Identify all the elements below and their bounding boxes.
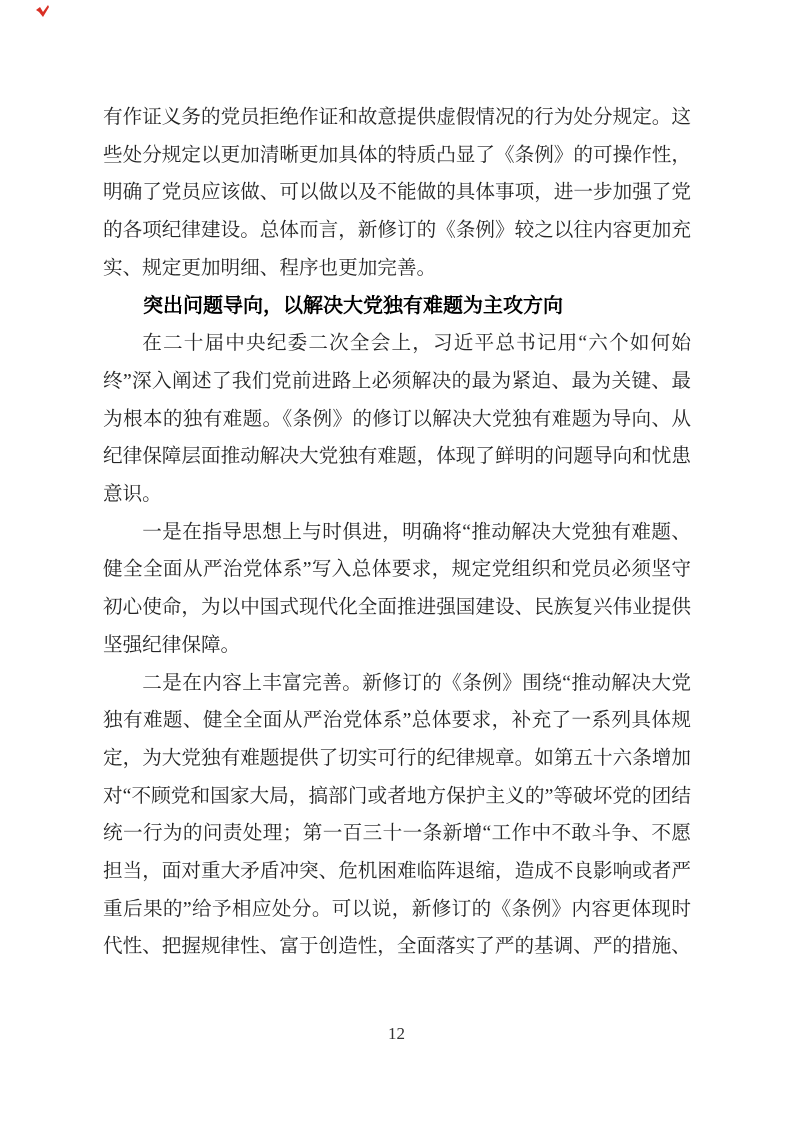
document-page: 有作证义务的党员拒绝作证和故意提供虚假情况的行为处分规定。这些处分规定以更加清晰… [0,0,793,1122]
body-paragraph: 在二十届中央纪委二次全会上，习近平总书记用“六个如何始终”深入阐述了我们党前进路… [103,325,691,514]
text-block: 有作证义务的党员拒绝作证和故意提供虚假情况的行为处分规定。这些处分规定以更加清晰… [103,99,691,966]
section-heading: 突出问题导向，以解决大党独有难题为主攻方向 [103,288,691,326]
body-paragraph: 二是在内容上丰富完善。新修订的《条例》围绕“推动解决大党独有难题、健全全面从严治… [103,665,691,967]
page-number: 12 [0,1024,793,1044]
body-paragraph: 一是在指导思想上与时俱进，明确将“推动解决大党独有难题、健全全面从严治党体系”写… [103,514,691,665]
body-paragraph: 有作证义务的党员拒绝作证和故意提供虚假情况的行为处分规定。这些处分规定以更加清晰… [103,99,691,288]
red-corner-mark-icon [34,4,50,19]
